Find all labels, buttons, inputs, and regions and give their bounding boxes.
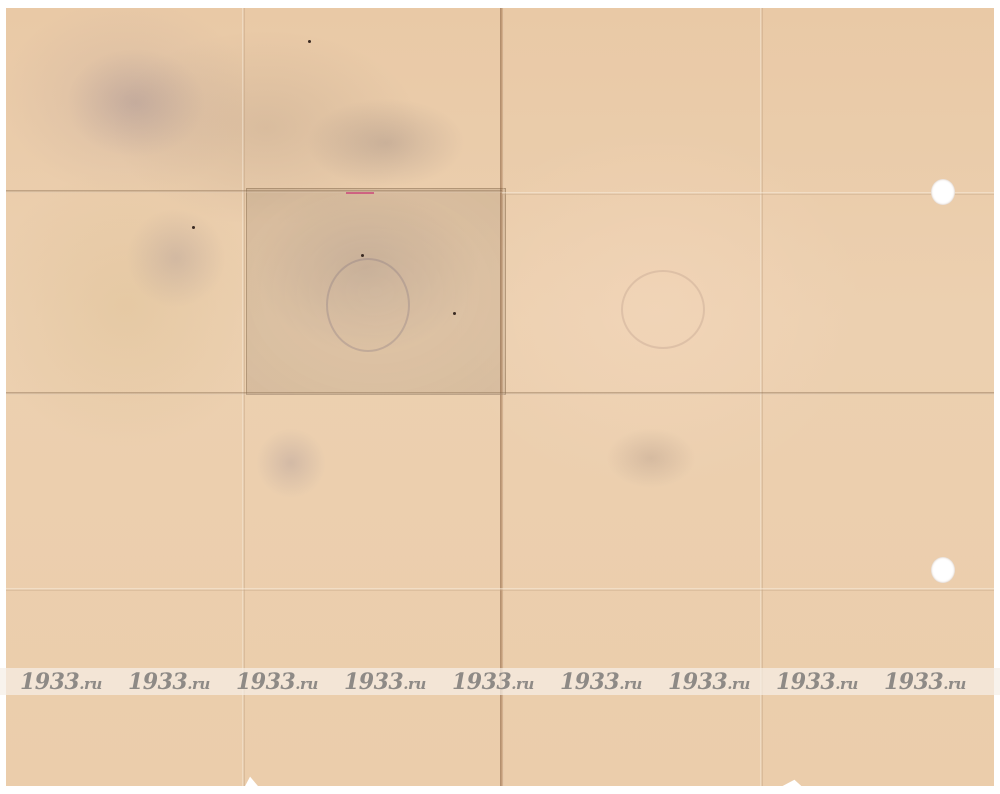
- watermark-text: 1933.ru: [560, 669, 668, 695]
- watermark-text: 1933.ru: [668, 669, 776, 695]
- ink-smudge: [256, 428, 326, 498]
- watermark-text: 1933.ru: [884, 669, 992, 695]
- faded-stamp-impression: [326, 258, 410, 352]
- ink-smudge: [606, 428, 696, 488]
- embossed-stamp-impression: [621, 270, 705, 349]
- ink-speck: [192, 226, 195, 229]
- ink-speck: [453, 312, 456, 315]
- punch-hole-top: [931, 179, 955, 205]
- watermark-text: 1933.ru: [452, 669, 560, 695]
- watermark-text: 1933.ru: [236, 669, 344, 695]
- ink-speck: [308, 40, 311, 43]
- watermark-text: 1933.ru: [344, 669, 452, 695]
- watermark-text: 1933.ru: [776, 669, 884, 695]
- horizontal-fold-lower: [6, 588, 994, 591]
- red-ink-mark: [346, 192, 374, 194]
- ink-smudge: [66, 48, 206, 158]
- ink-speck: [361, 254, 364, 257]
- watermark-text: 1933.ru: [128, 669, 236, 695]
- horizontal-fold-upper: [6, 190, 502, 193]
- horizontal-fold-middle: [6, 392, 994, 395]
- watermark-band: 1933.ru 1933.ru 1933.ru 1933.ru 1933.ru …: [0, 668, 1000, 695]
- watermark-text: 1933.ru: [20, 669, 128, 695]
- punch-hole-bottom: [931, 557, 955, 583]
- ink-smudge: [126, 208, 226, 308]
- horizontal-fold-upper-right: [502, 192, 994, 195]
- ink-smudge: [306, 98, 466, 188]
